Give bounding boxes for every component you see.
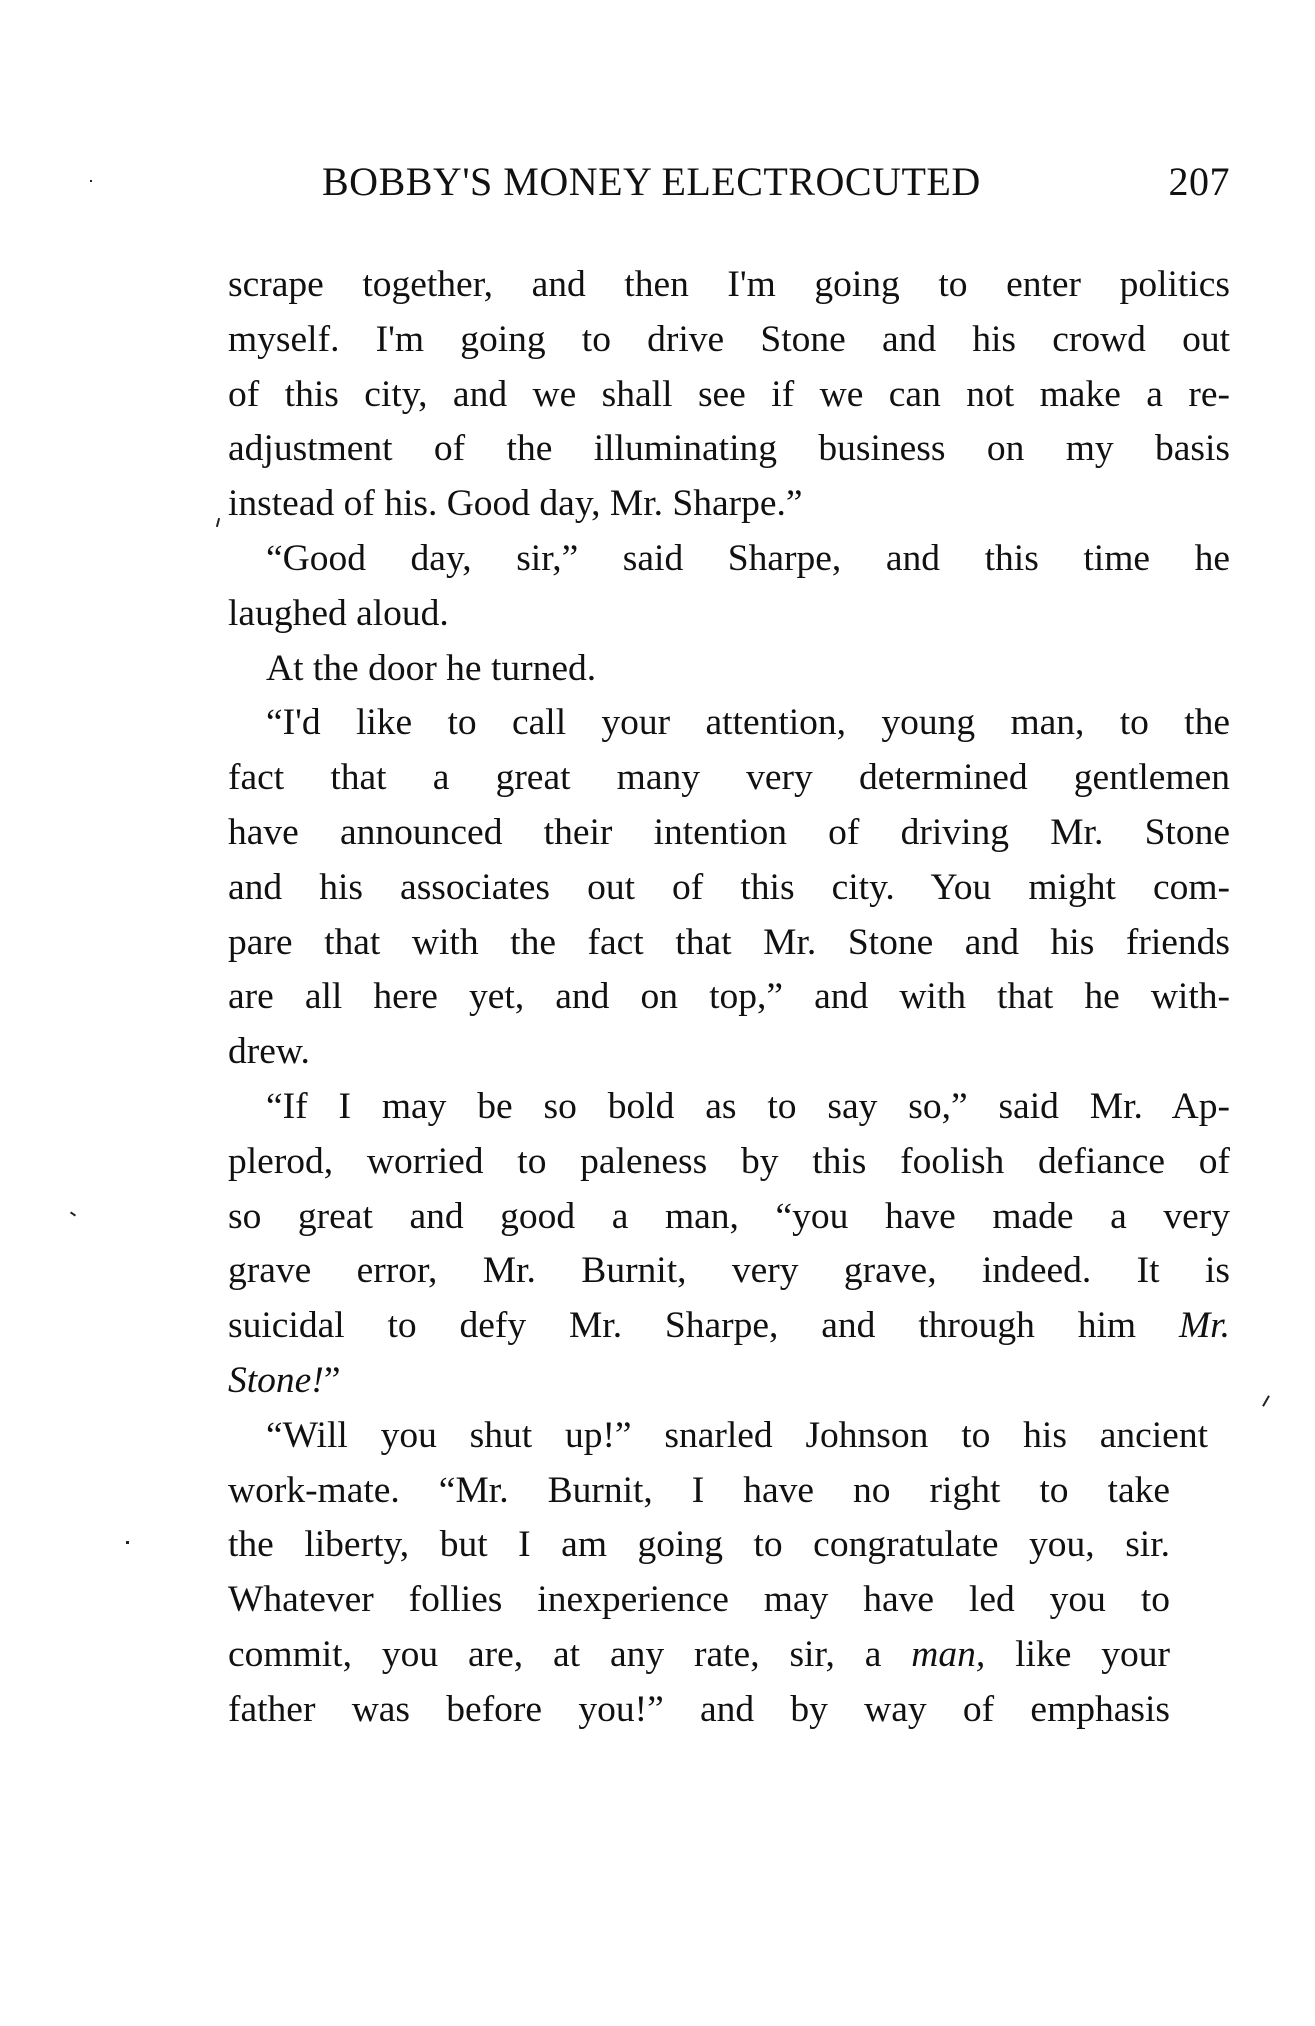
italic-text: Stone!	[228, 1360, 324, 1401]
text-line: have announced their intention of drivin…	[228, 806, 1230, 861]
text-line: of this city, and we shall see if we can…	[228, 368, 1230, 423]
text-line: Whatever follies inexperience may have l…	[228, 1573, 1170, 1628]
text-line: are all here yet, and on top,” and with …	[228, 970, 1230, 1025]
text-line: “I'd like to call your attention, young …	[228, 696, 1230, 751]
text-line: father was before you!” and by way of em…	[228, 1683, 1170, 1738]
text-line: commit, you are, at any rate, sir, a man…	[228, 1628, 1170, 1683]
text-line: pare that with the fact that Mr. Stone a…	[228, 916, 1230, 971]
text-line: “If I may be so bold as to say so,” said…	[228, 1080, 1230, 1135]
text-line: work-mate. “Mr. Burnit, I have no right …	[228, 1464, 1170, 1519]
body-text: scrape together, and then I'm going to e…	[228, 258, 1230, 1738]
scan-mark	[70, 1211, 76, 1216]
text-line: adjustment of the illuminating business …	[228, 422, 1230, 477]
text-line: myself. I'm going to drive Stone and his…	[228, 313, 1230, 368]
text-line: scrape together, and then I'm going to e…	[228, 258, 1230, 313]
line-text: ”	[324, 1360, 341, 1401]
text-line: “Will you shut up!” snarled Johnson to h…	[228, 1409, 1208, 1464]
scan-mark	[1262, 1395, 1270, 1406]
page-number: 207	[1169, 158, 1231, 205]
text-line: At the door he turned.	[228, 642, 1230, 697]
scan-mark	[216, 518, 220, 527]
text-line: drew.	[228, 1025, 1230, 1080]
text-line: Stone!”	[228, 1354, 1230, 1409]
italic-text: man,	[911, 1634, 985, 1675]
text-line: instead of his. Good day, Mr. Sharpe.”	[228, 477, 1230, 532]
text-line: the liberty, but I am going to congratul…	[228, 1518, 1170, 1573]
scan-mark	[90, 180, 92, 182]
running-header: BOBBY'S MONEY ELECTROCUTED 207	[322, 158, 1230, 214]
text-line: suicidal to defy Mr. Sharpe, and through…	[228, 1299, 1230, 1354]
text-line: grave error, Mr. Burnit, very grave, ind…	[228, 1244, 1230, 1299]
line-text: like your	[985, 1634, 1170, 1675]
line-text: suicidal to defy Mr. Sharpe, and through…	[228, 1305, 1136, 1346]
italic-text: Mr.	[1179, 1305, 1230, 1346]
text-line: so great and good a man, “you have made …	[228, 1190, 1230, 1245]
scan-mark	[126, 1541, 129, 1544]
text-line: plerod, worried to paleness by this fool…	[228, 1135, 1230, 1190]
line-text: commit, you are, at any rate, sir, a	[228, 1634, 881, 1675]
text-line: and his associates out of this city. You…	[228, 861, 1230, 916]
text-line: laughed aloud.	[228, 587, 1230, 642]
text-line: fact that a great many very determined g…	[228, 751, 1230, 806]
book-page: BOBBY'S MONEY ELECTROCUTED 207 scrape to…	[0, 0, 1315, 2026]
text-line: “Good day, sir,” said Sharpe, and this t…	[228, 532, 1230, 587]
chapter-running-title: BOBBY'S MONEY ELECTROCUTED	[322, 158, 981, 205]
